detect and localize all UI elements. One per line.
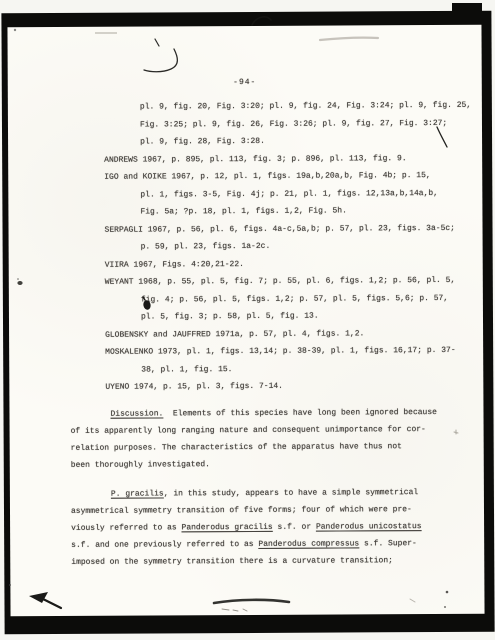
paragraph-line: of its apparently long ranging nature an… [71, 421, 463, 440]
page-number: -94- [8, 77, 482, 88]
reference-line: pl. 9, fig. 28, Fig. 3:28. [140, 132, 471, 151]
paragraph-line: P. gracilis, in this study, appears to h… [71, 484, 463, 503]
text-segment: s.f. Super- [359, 539, 417, 548]
text-segment: , in this study, appears to have a simpl… [164, 488, 418, 498]
reference-line: pl. 1, figs. 3-5, Fig. 4j; p. 21, pl. 1,… [140, 184, 471, 203]
text-segment: been thoroughly investigated. [71, 460, 210, 470]
reference-line: pl. 5, fig. 3; p. 58, pl. 5, fig. 13. [141, 307, 472, 326]
underlined-term: Panderodus gracilis [181, 523, 272, 532]
reference-line: ANDREWS 1967, p. 895, pl. 113, fig. 3; p… [104, 149, 471, 168]
text-segment: viously referred to as [71, 523, 181, 533]
paragraph-line: imposed on the symmetry transition there… [71, 552, 463, 571]
text-segment: relation purposes. The characteristics o… [71, 442, 402, 453]
paragraph-line: asymmetrical symmetry transition of five… [71, 501, 463, 520]
reference-line: fig. 4; p. 56, pl. 5, figs. 1,2; p. 57, … [141, 289, 472, 308]
reference-line: pl. 9, fig. 20, Fig. 3:20; pl. 9, fig. 2… [140, 97, 471, 116]
reference-line: MOSKALENKO 1973, pl. 1, figs. 13,14; p. … [105, 342, 472, 361]
paragraph-line: relation purposes. The characteristics o… [71, 438, 463, 457]
reference-line: Fig. 5a; ?p. 18, pl. 1, figs. 1,2, Fig. … [140, 202, 471, 221]
document-page: -94- pl. 9, fig. 20, Fig. 3:20; pl. 9, f… [7, 25, 484, 616]
scanned-page: -94- pl. 9, fig. 20, Fig. 3:20; pl. 9, f… [0, 0, 495, 640]
reference-line: WEYANT 1968, p. 55, pl. 5, fig. 7; p. 55… [105, 272, 472, 291]
text-segment: imposed on the symmetry transition there… [71, 556, 393, 567]
text-segment: s.f. or [273, 523, 316, 532]
paragraph-line: s.f. and one previously referred to as P… [71, 535, 463, 554]
paragraph: Discussion. Elements of this species hav… [70, 404, 462, 474]
reference-line: IGO and KOIKE 1967, p. 12, pl. 1, figs. … [104, 167, 471, 186]
underlined-term: Panderodus unicostatus [316, 522, 422, 532]
text-segment: Elements of this species have long been … [163, 408, 437, 418]
reference-line: Fig. 3:25; pl. 9, fig. 26, Fig. 3:26; pl… [140, 114, 471, 133]
reference-line: VIIRA 1967, Figs. 4:20,21-22. [105, 254, 472, 273]
reference-line: 38, pl. 1, fig. 15. [141, 359, 472, 378]
references-list: pl. 9, fig. 20, Fig. 3:20; pl. 9, fig. 2… [104, 97, 473, 396]
paragraph-line: been thoroughly investigated. [71, 455, 463, 474]
underlined-term: Panderodus compressus [258, 539, 359, 549]
text-segment: s.f. and one previously referred to as [71, 540, 258, 550]
discussion-paragraphs: Discussion. Elements of this species hav… [70, 404, 463, 583]
underlined-term: Discussion. [110, 409, 163, 418]
scan-border-frame: -94- pl. 9, fig. 20, Fig. 3:20; pl. 9, f… [1, 11, 494, 635]
text-segment: of its apparently long ranging nature an… [71, 425, 426, 436]
reference-line: SERPAGLI 1967, p. 56, pl. 6, figs. 4a-c,… [104, 219, 471, 238]
paragraph-line: Discussion. Elements of this species hav… [70, 404, 462, 423]
paragraph-line: viously referred to as Panderodus gracil… [71, 518, 463, 537]
reference-line: GLOBENSKY and JAUFFRED 1971a, p. 57, pl.… [105, 324, 472, 343]
text-segment: asymmetrical symmetry transition of five… [71, 505, 412, 516]
underlined-term: P. gracilis [111, 489, 164, 498]
reference-line: p. 59, pl. 23, figs. 1a-2c. [141, 237, 472, 256]
paragraph: P. gracilis, in this study, appears to h… [71, 484, 463, 571]
reference-line: UYENO 1974, p. 15, pl. 3, figs. 7-14. [105, 377, 472, 396]
